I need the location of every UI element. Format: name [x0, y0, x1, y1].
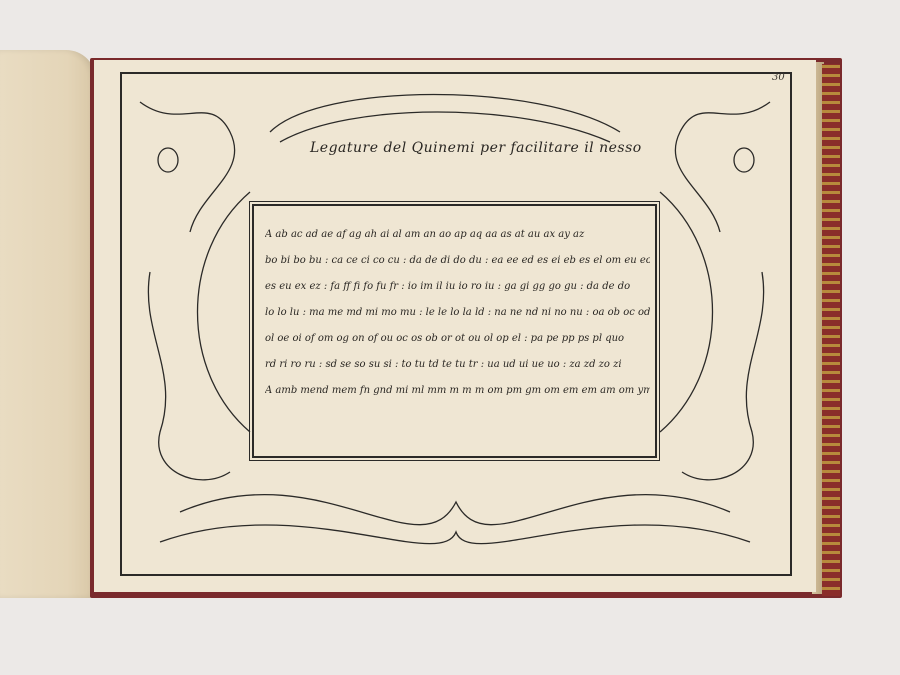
text-line: A amb mend mem fn gnd mi ml mm m m m om …: [265, 378, 650, 404]
text-line: lo lo lu : ma me md mi mo mu : le le lo …: [265, 300, 650, 326]
ligature-specimen-text: A ab ac ad ae af ag ah ai al am an ao ap…: [265, 222, 650, 404]
text-line: es eu ex ez : fa ff fi fo fu fr : io im …: [265, 274, 650, 300]
text-line: bo bi bo bu : ca ce ci co cu : da de di …: [265, 248, 650, 274]
left-page: [0, 50, 96, 598]
text-line: rd ri ro ru : sd se so su si : to tu td …: [265, 352, 650, 378]
gilt-binding-edge: [822, 64, 840, 596]
text-line: A ab ac ad ae af ag ah ai al am an ao ap…: [265, 222, 650, 248]
text-line: ol oe oi of om og on of ou oc os ob or o…: [265, 326, 650, 352]
plate-title: Legature del Quinemi per facilitare il n…: [310, 140, 642, 156]
